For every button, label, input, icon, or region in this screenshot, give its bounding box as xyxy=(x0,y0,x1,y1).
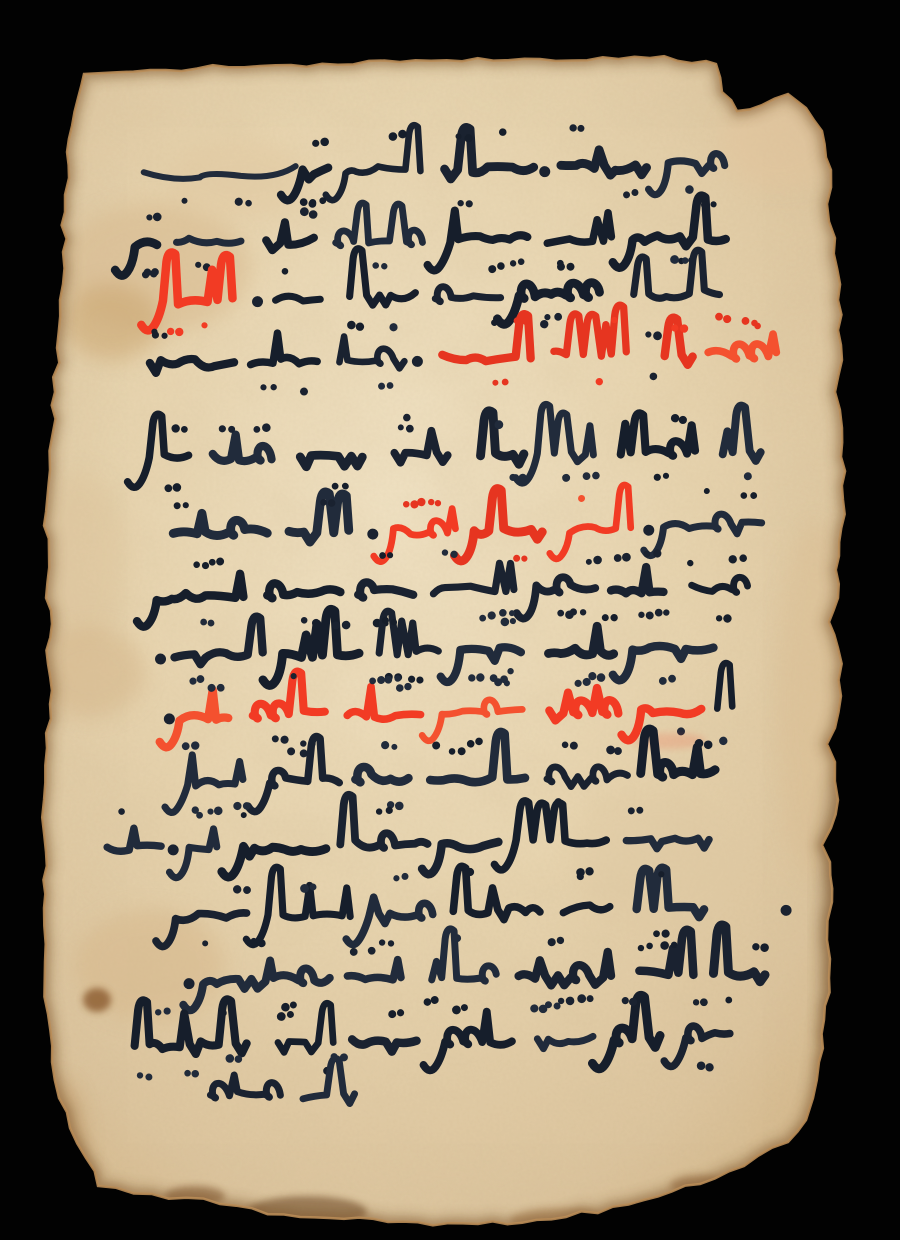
stain-blob xyxy=(64,284,160,360)
stain-blob xyxy=(83,988,111,1012)
page-surface xyxy=(0,0,900,1240)
parchment-leaf xyxy=(0,0,900,1240)
manuscript-photo xyxy=(0,0,900,1240)
ink-word xyxy=(275,296,320,302)
